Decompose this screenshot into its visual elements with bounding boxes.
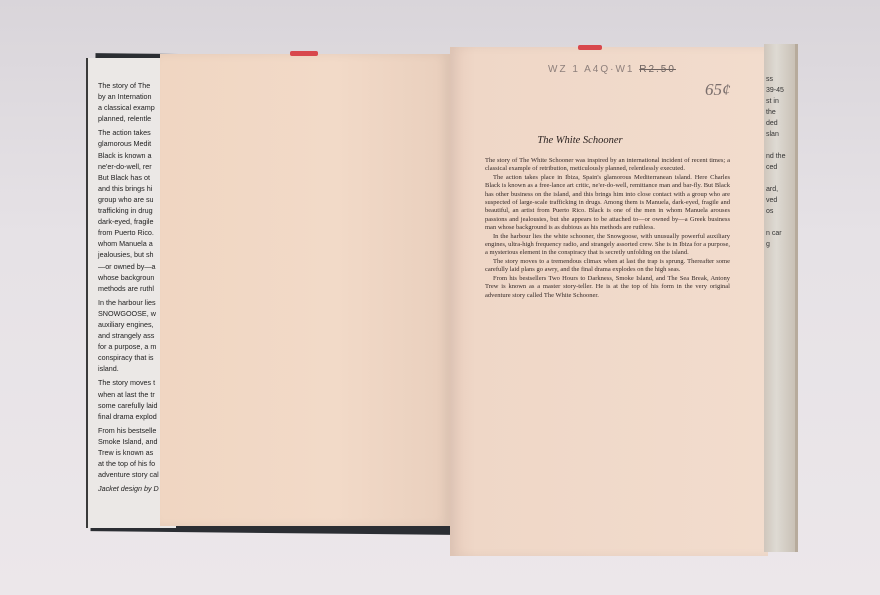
jacket-credit: Jacket design by D [98, 483, 159, 494]
struck-price: R2.50 [639, 64, 676, 75]
jacket-text-line: ced [764, 162, 795, 173]
jacket-text-line: n car [764, 228, 795, 239]
jacket-text-line: the [764, 107, 795, 118]
jacket-text-line: ved [764, 195, 795, 206]
pencil-stamp: WZ 1 A4Q·W1 R2.50 [548, 64, 676, 75]
right-page: WZ 1 A4Q·W1 R2.50 65¢ The White Schooner… [450, 47, 768, 556]
jacket-text-line: os [764, 206, 795, 217]
jacket-text-line: ard, [764, 184, 795, 195]
jacket-text-line: 39-45 [764, 85, 795, 96]
jacket-text-line: ded [764, 118, 795, 129]
blurb-paragraph: In the harbour lies the white schooner, … [485, 233, 730, 258]
blurb-paragraph: The story moves to a tremendous climax w… [485, 258, 730, 275]
jacket-text-line: nd the [764, 151, 795, 162]
jacket-text-line: g [764, 239, 795, 250]
handwritten-price: 65¢ [705, 80, 731, 100]
red-page-edge-mark [578, 45, 602, 50]
jacket-text-line: slan [764, 129, 795, 140]
jacket-text-line [764, 140, 795, 151]
jacket-text-line: ss [764, 74, 795, 85]
blurb-paragraph: From his bestsellers Two Hours to Darkne… [485, 275, 730, 300]
blurb-title: The White Schooner [450, 135, 710, 146]
blurb-body: The story of The White Schooner was insp… [485, 157, 730, 300]
left-page-blank [160, 54, 450, 526]
blurb-paragraph: The story of The White Schooner was insp… [485, 157, 730, 174]
dust-jacket-right-flap: ss39-45st inthededslannd thecedard,vedos… [764, 44, 798, 552]
jacket-text-line: st in [764, 96, 795, 107]
blurb-paragraph: The action takes place in Ibiza, Spain's… [485, 174, 730, 233]
red-page-edge-mark [290, 51, 318, 56]
jacket-text-line [764, 217, 795, 228]
stamp-code: WZ 1 A4Q·W1 [548, 64, 634, 75]
jacket-text-line [764, 173, 795, 184]
